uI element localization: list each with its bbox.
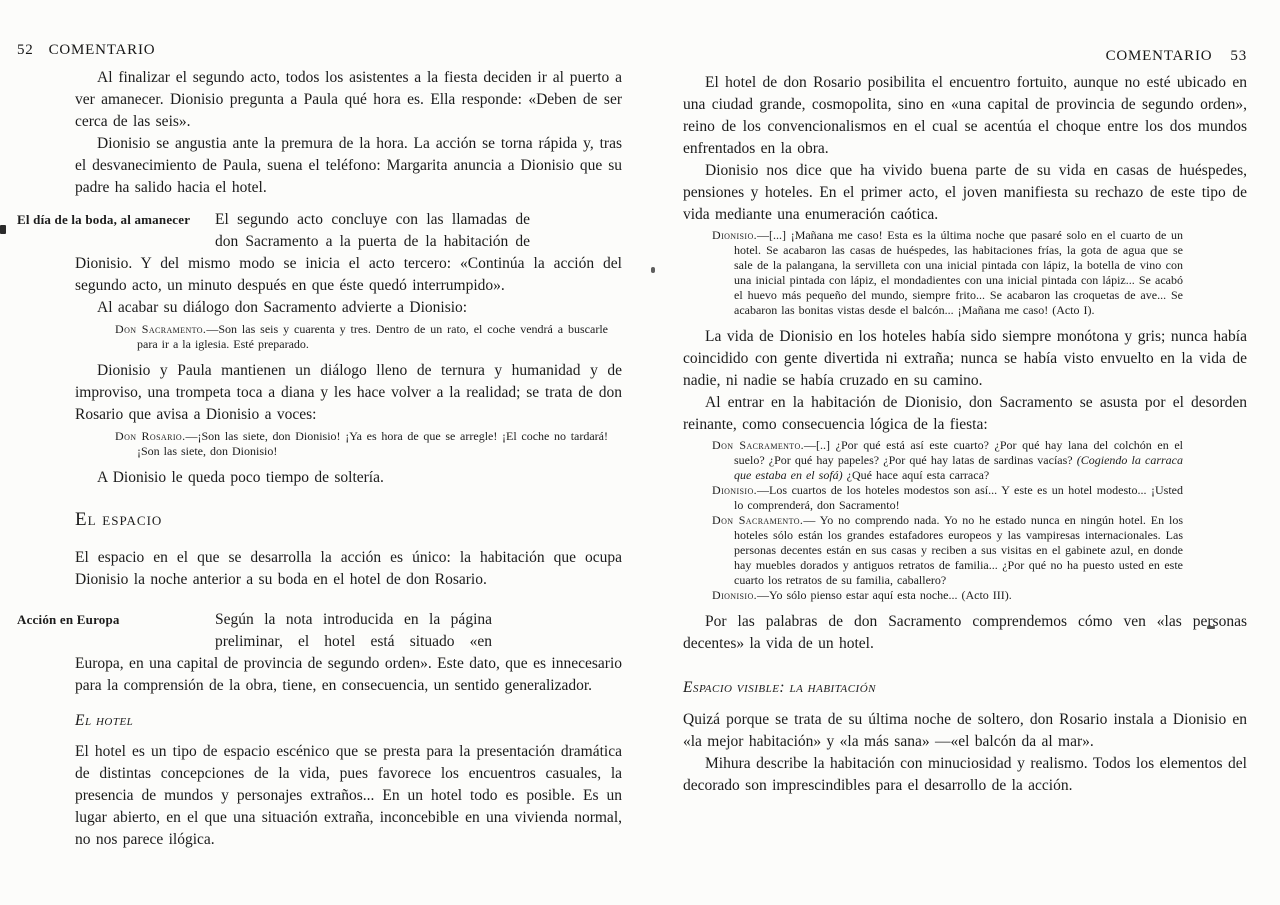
subsection-heading: El hotel — [75, 710, 622, 732]
scan-artifact — [1207, 626, 1215, 629]
paragraph: La vida de Dionisio en los hoteles había… — [683, 326, 1247, 392]
quote-block: Don Rosario.—¡Son las siete, don Dionisi… — [115, 429, 608, 459]
speaker-name: Don Sacramento. — [115, 322, 206, 336]
paragraph: El espacio en el que se desarrolla la ac… — [75, 547, 622, 591]
margin-note: Acción en Europa — [17, 610, 120, 630]
paragraph: Por las palabras de don Sacramento compr… — [683, 611, 1247, 655]
paragraph: El hotel es un tipo de espacio escénico … — [75, 741, 622, 851]
speaker-name: Don Rosario. — [115, 429, 186, 443]
dialogue-entry: Don Sacramento.—Son las seis y cuarenta … — [115, 322, 608, 352]
right-page-number: 53 — [1230, 48, 1247, 64]
left-running-header: 52COMENTARIO — [17, 42, 622, 58]
scan-artifact — [651, 267, 655, 273]
dialogue-entry: Dionisio.—Yo sólo pienso estar aquí esta… — [712, 588, 1183, 603]
speaker-name: Dionisio. — [712, 588, 757, 602]
dialogue-entry: Don Sacramento.— Yo no comprendo nada. Y… — [712, 513, 1183, 588]
right-running-header: COMENTARIO53 — [683, 48, 1247, 64]
left-page: 52COMENTARIO Al finalizar el segundo act… — [17, 42, 622, 851]
dialogue-quote-block: Don Sacramento.—[..] ¿Por qué está así e… — [712, 438, 1183, 603]
paragraph: Al entrar en la habitación de Dionisio, … — [683, 392, 1247, 436]
dialogue-entry: Dionisio.—Los cuartos de los hoteles mod… — [712, 483, 1183, 513]
right-page: COMENTARIO53 El hotel de don Rosario pos… — [683, 48, 1247, 797]
left-running-title: COMENTARIO — [49, 42, 156, 58]
cutin-section: Acción en Europa Según la nota introduci… — [75, 609, 622, 697]
right-running-title: COMENTARIO — [1106, 48, 1213, 64]
section-heading: El espacio — [75, 509, 622, 531]
cutin-spacer — [492, 609, 622, 653]
cutin-section: El día de la boda, al amanecer El segund… — [75, 209, 622, 297]
left-page-number: 52 — [17, 42, 34, 58]
speaker-name: Don Sacramento. — [712, 438, 804, 452]
speaker-name: Dionisio. — [712, 228, 757, 242]
scan-artifact — [0, 225, 6, 234]
dialogue-entry: Dionisio.—[...] ¡Mañana me caso! Esta es… — [712, 228, 1183, 318]
paragraph: A Dionisio le queda poco tiempo de solte… — [75, 467, 622, 489]
paragraph: Según la nota introducida en la página p… — [75, 609, 622, 697]
dialogue-entry: Don Sacramento.—[..] ¿Por qué está así e… — [712, 438, 1183, 483]
speaker-name: Don Sacramento. — [712, 513, 803, 527]
left-text-block: Al finalizar el segundo acto, todos los … — [75, 67, 622, 851]
paragraph: Dionisio nos dice que ha vivido buena pa… — [683, 160, 1247, 226]
paragraph: Quizá porque se trata de su última noche… — [683, 709, 1247, 753]
paragraph: Al acabar su diálogo don Sacramento advi… — [75, 297, 622, 319]
paragraph: Al finalizar el segundo acto, todos los … — [75, 67, 622, 133]
quote-block: Dionisio.—[...] ¡Mañana me caso! Esta es… — [712, 228, 1183, 318]
quote-block: Don Sacramento.—Son las seis y cuarenta … — [115, 322, 608, 352]
paragraph: Dionisio se angustia ante la premura de … — [75, 133, 622, 199]
right-text-block: El hotel de don Rosario posibilita el en… — [683, 72, 1247, 797]
subsection-heading: Espacio visible: la habitación — [683, 677, 1247, 699]
dialogue-entry: Don Rosario.—¡Son las siete, don Dionisi… — [115, 429, 608, 459]
speaker-name: Dionisio. — [712, 483, 757, 497]
cutin-spacer — [530, 209, 622, 253]
margin-note: El día de la boda, al amanecer — [17, 210, 190, 230]
paragraph: El hotel de don Rosario posibilita el en… — [683, 72, 1247, 160]
paragraph: Mihura describe la habitación con minuci… — [683, 753, 1247, 797]
paragraph: Dionisio y Paula mantienen un diálogo ll… — [75, 360, 622, 426]
